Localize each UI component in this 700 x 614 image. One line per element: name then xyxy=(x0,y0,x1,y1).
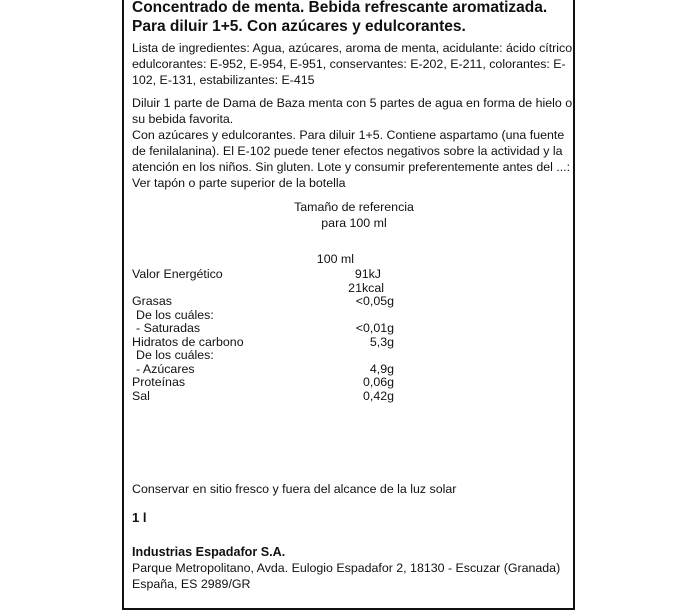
nutrition-row: Sal 0,42g xyxy=(132,388,577,404)
ingredients-list: Lista de ingredientes: Agua, azúcares, a… xyxy=(132,40,577,88)
nutrition-reference: Tamaño de referencia para 100 ml xyxy=(274,199,434,231)
product-info-panel: Concentrado de menta. Bebida refrescante… xyxy=(122,0,575,610)
dilution-instructions: Diluir 1 parte de Dama de Baza menta con… xyxy=(132,95,577,127)
company-address: Parque Metropolitano, Avda. Eulogio Espa… xyxy=(132,560,577,592)
storage-instructions: Conservar en sitio fresco y fuera del al… xyxy=(132,481,577,497)
directions: Diluir 1 parte de Dama de Baza menta con… xyxy=(132,95,577,191)
reference-size-label: Tamaño de referencia xyxy=(274,199,434,215)
company-name: Industrias Espadafor S.A. xyxy=(132,544,285,560)
net-quantity: 1 l xyxy=(132,510,146,525)
nutrition-column-header-row: 100 ml xyxy=(132,251,577,267)
column-header: 100 ml xyxy=(317,251,354,267)
reference-size-value: para 100 ml xyxy=(274,215,434,231)
product-title: Concentrado de menta. Bebida refrescante… xyxy=(132,0,577,36)
warnings: Con azúcares y edulcorantes. Para diluir… xyxy=(132,127,577,191)
